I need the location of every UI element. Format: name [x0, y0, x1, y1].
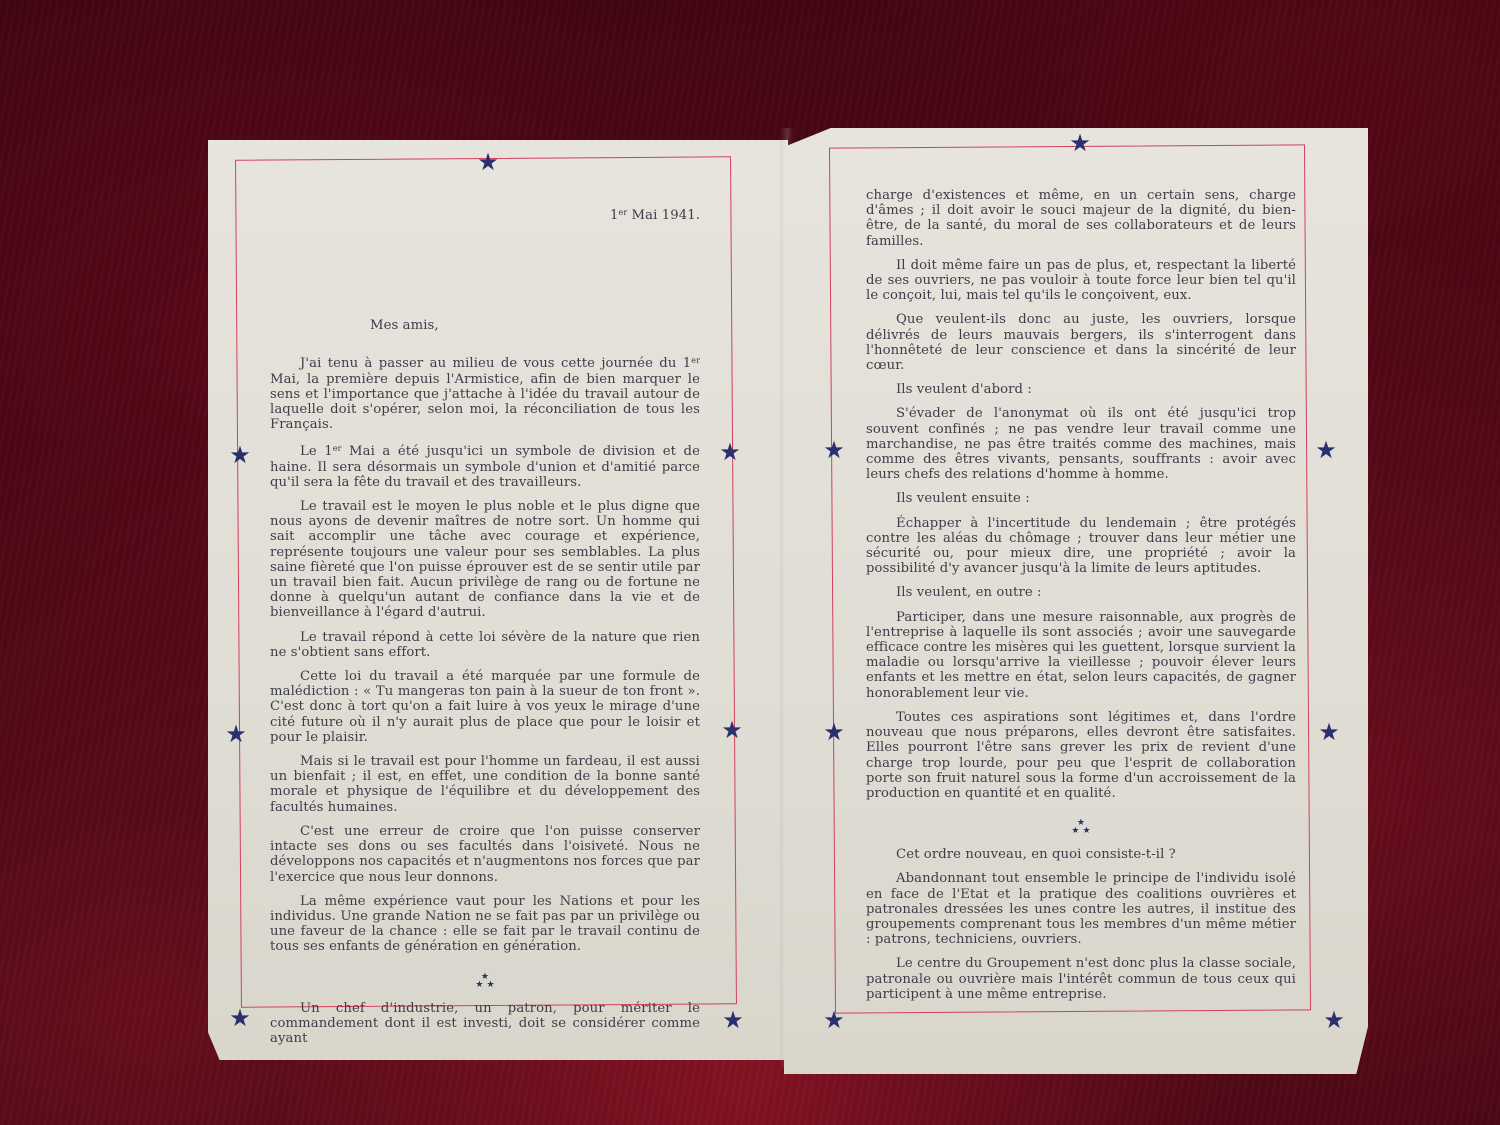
- salutation: Mes amis,: [270, 318, 700, 333]
- paragraph: Échapper à l'incertitude du lendemain ; …: [866, 516, 1296, 577]
- star-icon: ★: [223, 721, 249, 747]
- star-icon: ★: [1313, 437, 1339, 463]
- star-icon: ★: [821, 1007, 847, 1033]
- star-icon: ★: [1321, 1007, 1347, 1033]
- paragraph: Il doit même faire un pas de plus, et, r…: [866, 258, 1296, 304]
- right-paragraphs: Il doit même faire un pas de plus, et, r…: [866, 258, 1296, 801]
- paragraph: La même expérience vaut pour les Nations…: [270, 894, 700, 955]
- section-question: Cet ordre nouveau, en quoi consiste-t-il…: [866, 847, 1296, 862]
- right-page: ★ ★ ★ ★ ★ ★ ★ charge d'existences et mêm…: [784, 128, 1368, 1074]
- paragraph: Cette loi du travail a été marquée par u…: [270, 669, 700, 745]
- right-page-text: charge d'existences et même, en un certa…: [866, 188, 1296, 1011]
- star-icon: ★: [475, 149, 501, 175]
- star-icon: ★: [1316, 719, 1342, 745]
- paragraph: Ils veulent, en outre :: [866, 585, 1296, 600]
- open-leaflet: ★ ★ ★ ★ ★ ★ ★ 1er Mai 1941. Mes amis, J'…: [208, 128, 1368, 1068]
- paragraph: charge d'existences et même, en un certa…: [866, 188, 1296, 249]
- paragraph: S'évader de l'anonymat où ils ont été ju…: [866, 406, 1296, 482]
- star-icon: ★: [1067, 130, 1093, 156]
- paragraph: Toutes ces aspirations sont légitimes et…: [866, 710, 1296, 801]
- star-icon: ★: [720, 1007, 746, 1033]
- paragraph: Le centre du Groupement n'est donc plus …: [866, 956, 1296, 1002]
- star-icon: ★: [227, 442, 253, 468]
- paragraph: J'ai tenu à passer au milieu de vous cet…: [270, 353, 700, 432]
- star-icon: ★: [821, 719, 847, 745]
- paragraph: Que veulent-ils donc au juste, les ouvri…: [866, 312, 1296, 373]
- paragraph: Ils veulent d'abord :: [866, 382, 1296, 397]
- star-icon: ★: [717, 439, 743, 465]
- left-page: ★ ★ ★ ★ ★ ★ ★ 1er Mai 1941. Mes amis, J'…: [208, 140, 788, 1060]
- letter-date: 1er Mai 1941.: [270, 205, 700, 223]
- paragraph: Participer, dans une mesure raisonnable,…: [866, 610, 1296, 701]
- paragraph: Le travail répond à cette loi sévère de …: [270, 630, 700, 660]
- paragraph: Mais si le travail est pour l'homme un f…: [270, 754, 700, 815]
- asterism-icon: ★★ ★: [270, 973, 700, 989]
- paragraph: Ils veulent ensuite :: [866, 491, 1296, 506]
- paragraph: Le travail est le moyen le plus noble et…: [270, 499, 700, 621]
- paragraph: Abandonnant tout ensemble le principe de…: [866, 871, 1296, 947]
- paragraph: Le 1er Mai a été jusqu'ici un symbole de…: [270, 441, 700, 490]
- left-paragraphs: J'ai tenu à passer au milieu de vous cet…: [270, 353, 700, 954]
- star-icon: ★: [821, 437, 847, 463]
- paragraph: C'est une erreur de croire que l'on puis…: [270, 824, 700, 885]
- star-icon: ★: [719, 717, 745, 743]
- star-icon: ★: [227, 1005, 253, 1031]
- paragraph: Un chef d'industrie, un patron, pour mér…: [270, 1001, 700, 1047]
- left-page-text: 1er Mai 1941. Mes amis, J'ai tenu à pass…: [270, 180, 700, 1055]
- right-after-asterism: Cet ordre nouveau, en quoi consiste-t-il…: [866, 847, 1296, 1002]
- asterism-icon: ★★ ★: [866, 819, 1296, 835]
